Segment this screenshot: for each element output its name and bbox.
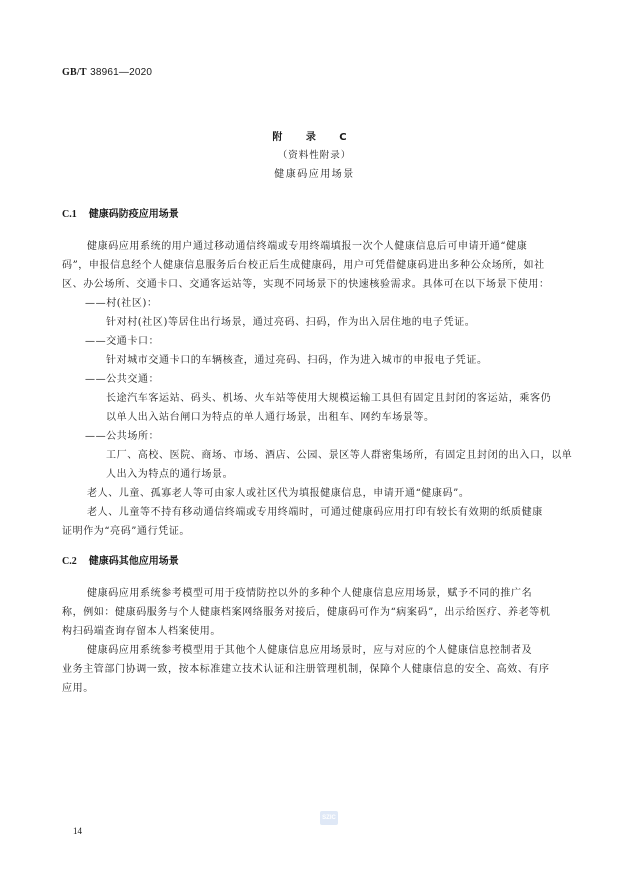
list-item-dash: ——交通卡口：	[85, 332, 159, 347]
list-item-text: 人出入为特点的通行场景。	[106, 465, 233, 480]
appendix-name: 健康码应用场景	[0, 165, 629, 180]
list-item-text: 以单人出入站台闸口为特点的单人通行场景，出租车、网约车场景等。	[106, 408, 435, 423]
paragraph-line: 健康码应用系统参考模型用于其他个人健康信息应用场景时，应与对应的个人健康信息控制…	[87, 641, 532, 656]
paragraph-line: 健康码应用系统参考模型可用于疫情防控以外的多种个人健康信息应用场景，赋予不同的推…	[87, 584, 532, 599]
section-number: C.2	[62, 556, 77, 567]
list-item-dash: ——村(社区)：	[85, 294, 158, 309]
paragraph-line: 构扫码端查询存留本人档案使用。	[62, 622, 221, 637]
standard-code: GB/T 38961—2020	[62, 67, 152, 78]
list-item-text: 工厂、高校、医院、商场、市场、酒店、公园、景区等人群密集场所，有固定且封闭的出入…	[106, 446, 572, 461]
appendix-title: 附 录 C	[0, 128, 629, 143]
section-title: 健康码防疫应用场景	[89, 209, 179, 220]
standard-number: 38961—2020	[90, 67, 152, 78]
page-number: 14	[73, 826, 82, 836]
watermark-logo-icon: SZIC	[320, 811, 338, 825]
standard-prefix: GB/T	[62, 67, 87, 78]
paragraph-line: 应用。	[62, 679, 94, 694]
section-heading-c1: C.1健康码防疫应用场景	[62, 205, 179, 220]
paragraph-line: 老人、儿童、孤寡老人等可由家人或社区代为填报健康信息，申请开通“健康码”。	[87, 484, 469, 499]
paragraph-line: 业务主管部门协调一致，按本标准建立技术认证和注册管理机制，保障个人健康信息的安全…	[62, 660, 550, 675]
paragraph-line: 老人、儿童等不持有移动通信终端或专用终端时，可通过健康码应用打印有较长有效期的纸…	[87, 503, 543, 518]
section-heading-c2: C.2健康码其他应用场景	[62, 552, 179, 567]
section-title: 健康码其他应用场景	[89, 556, 179, 567]
paragraph-line: 区、办公场所、交通卡口、交通客运站等，实现不同场景下的快速核验需求。具体可在以下…	[62, 275, 550, 290]
list-item-text: 长途汽车客运站、码头、机场、火车站等使用大规模运输工具但有固定且封闭的客运站，乘…	[106, 389, 551, 404]
paragraph-line: 证明作为“亮码”通行凭证。	[62, 522, 190, 537]
section-number: C.1	[62, 209, 77, 220]
paragraph-line: 称，例如：健康码服务与个人健康档案网络服务对接后，健康码可作为“病案码”，出示给…	[62, 603, 550, 618]
list-item-dash: ——公共场所：	[85, 427, 159, 442]
paragraph-line: 健康码应用系统的用户通过移动通信终端或专用终端填报一次个人健康信息后可申请开通“…	[87, 237, 527, 252]
list-item-dash: ——公共交通：	[85, 370, 159, 385]
appendix-type: （资料性附录）	[0, 147, 629, 161]
list-item-text: 针对城市交通卡口的车辆核查，通过亮码、扫码，作为进入城市的申报电子凭证。	[106, 351, 488, 366]
paragraph-line: 码”，申报信息经个人健康信息服务后台校正后生成健康码，用户可凭借健康码进出多种公…	[62, 256, 545, 271]
list-item-text: 针对村(社区)等居住出行场景，通过亮码、扫码，作为出入居住地的电子凭证。	[106, 313, 475, 328]
